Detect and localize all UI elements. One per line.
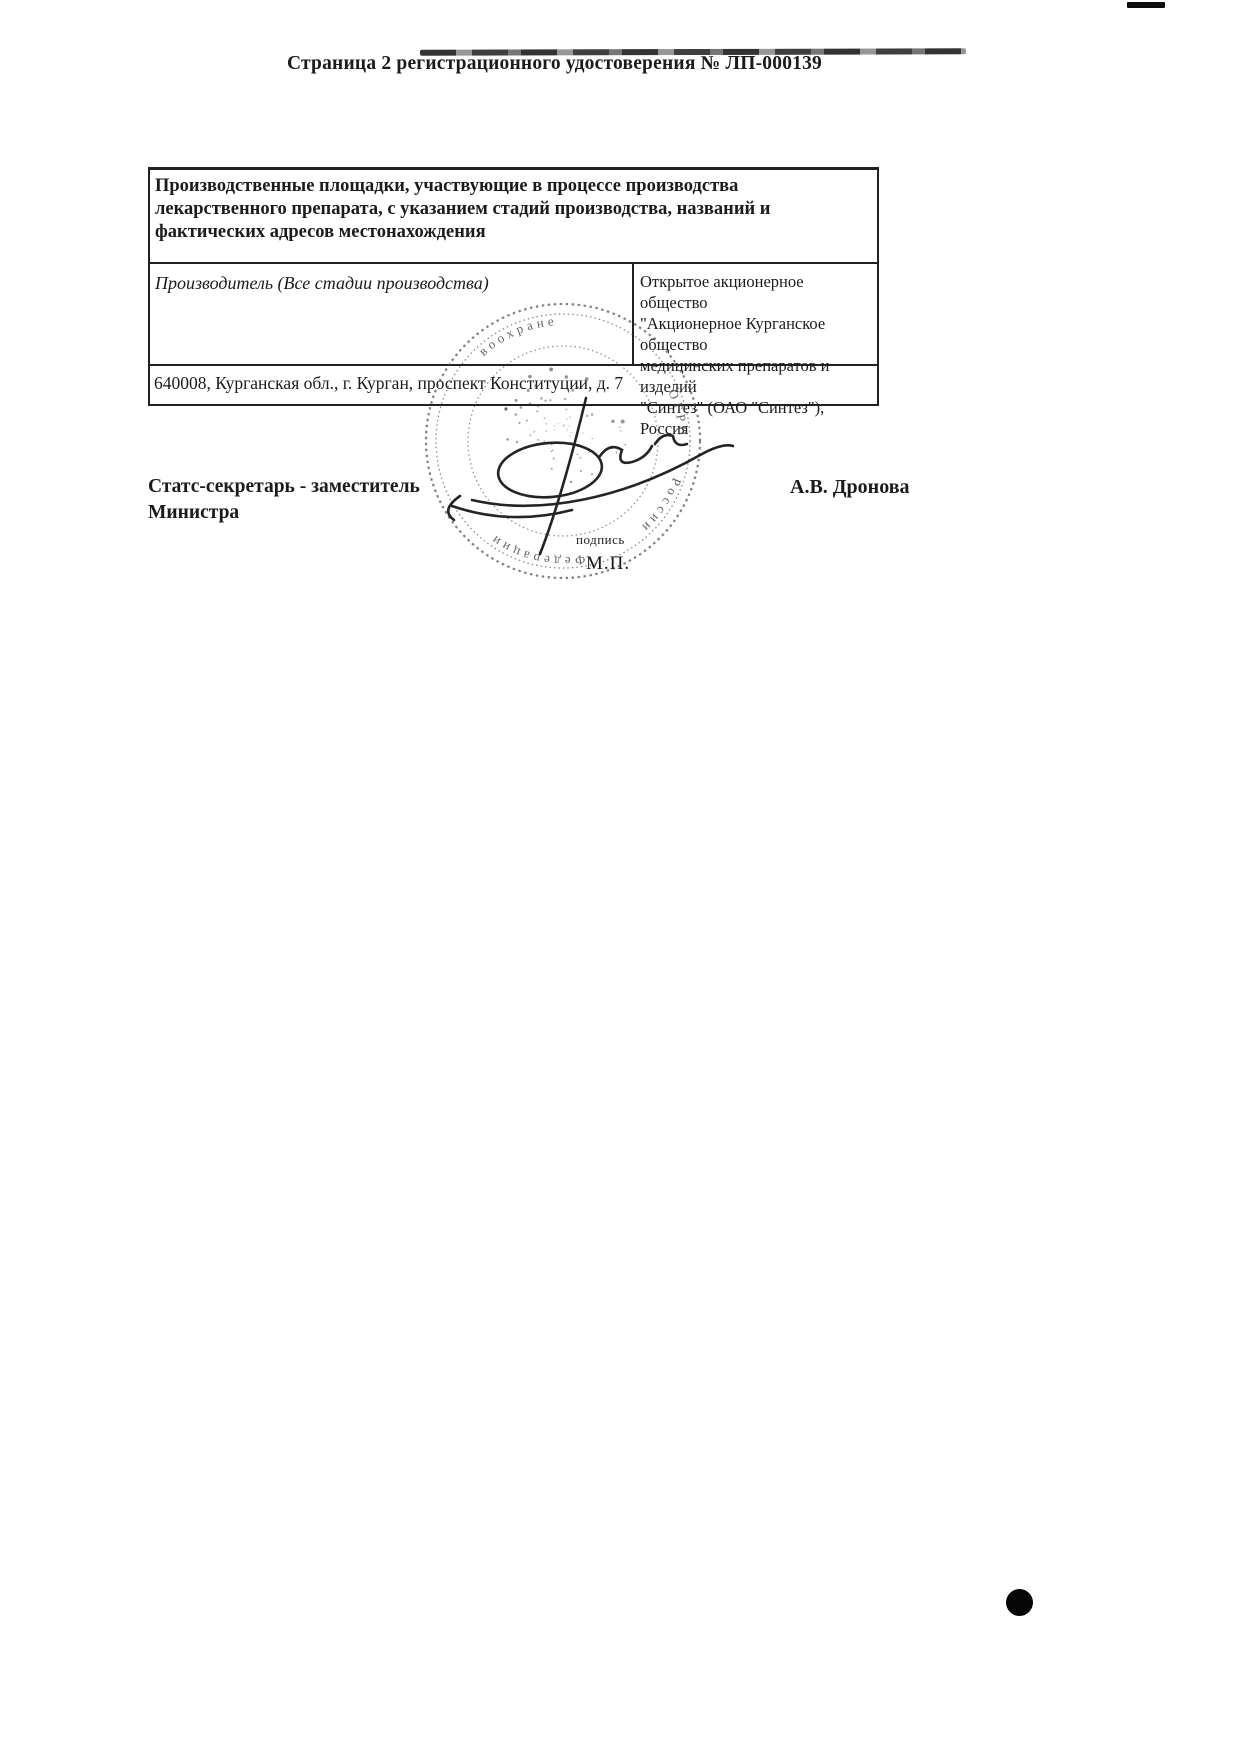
signatory-position-line1: Статс-секретарь - заместитель — [148, 474, 420, 500]
stamp-ring-text: воохранени — [406, 286, 558, 359]
scan-smudge-line — [420, 48, 966, 55]
handwritten-signature — [400, 378, 740, 573]
page-title: Страница 2 регистрационного удостоверени… — [287, 53, 822, 75]
punch-hole-dot — [1006, 1589, 1033, 1616]
signatory-position-line2: Министра — [148, 500, 420, 526]
signatory-name: А.В. Дронова — [790, 476, 910, 499]
scan-corner-bar — [1127, 2, 1165, 8]
signatory-position: Статс-секретарь - заместитель Министра — [148, 474, 420, 526]
table-header-cell: Производственные площадки, участвующие в… — [150, 170, 877, 264]
